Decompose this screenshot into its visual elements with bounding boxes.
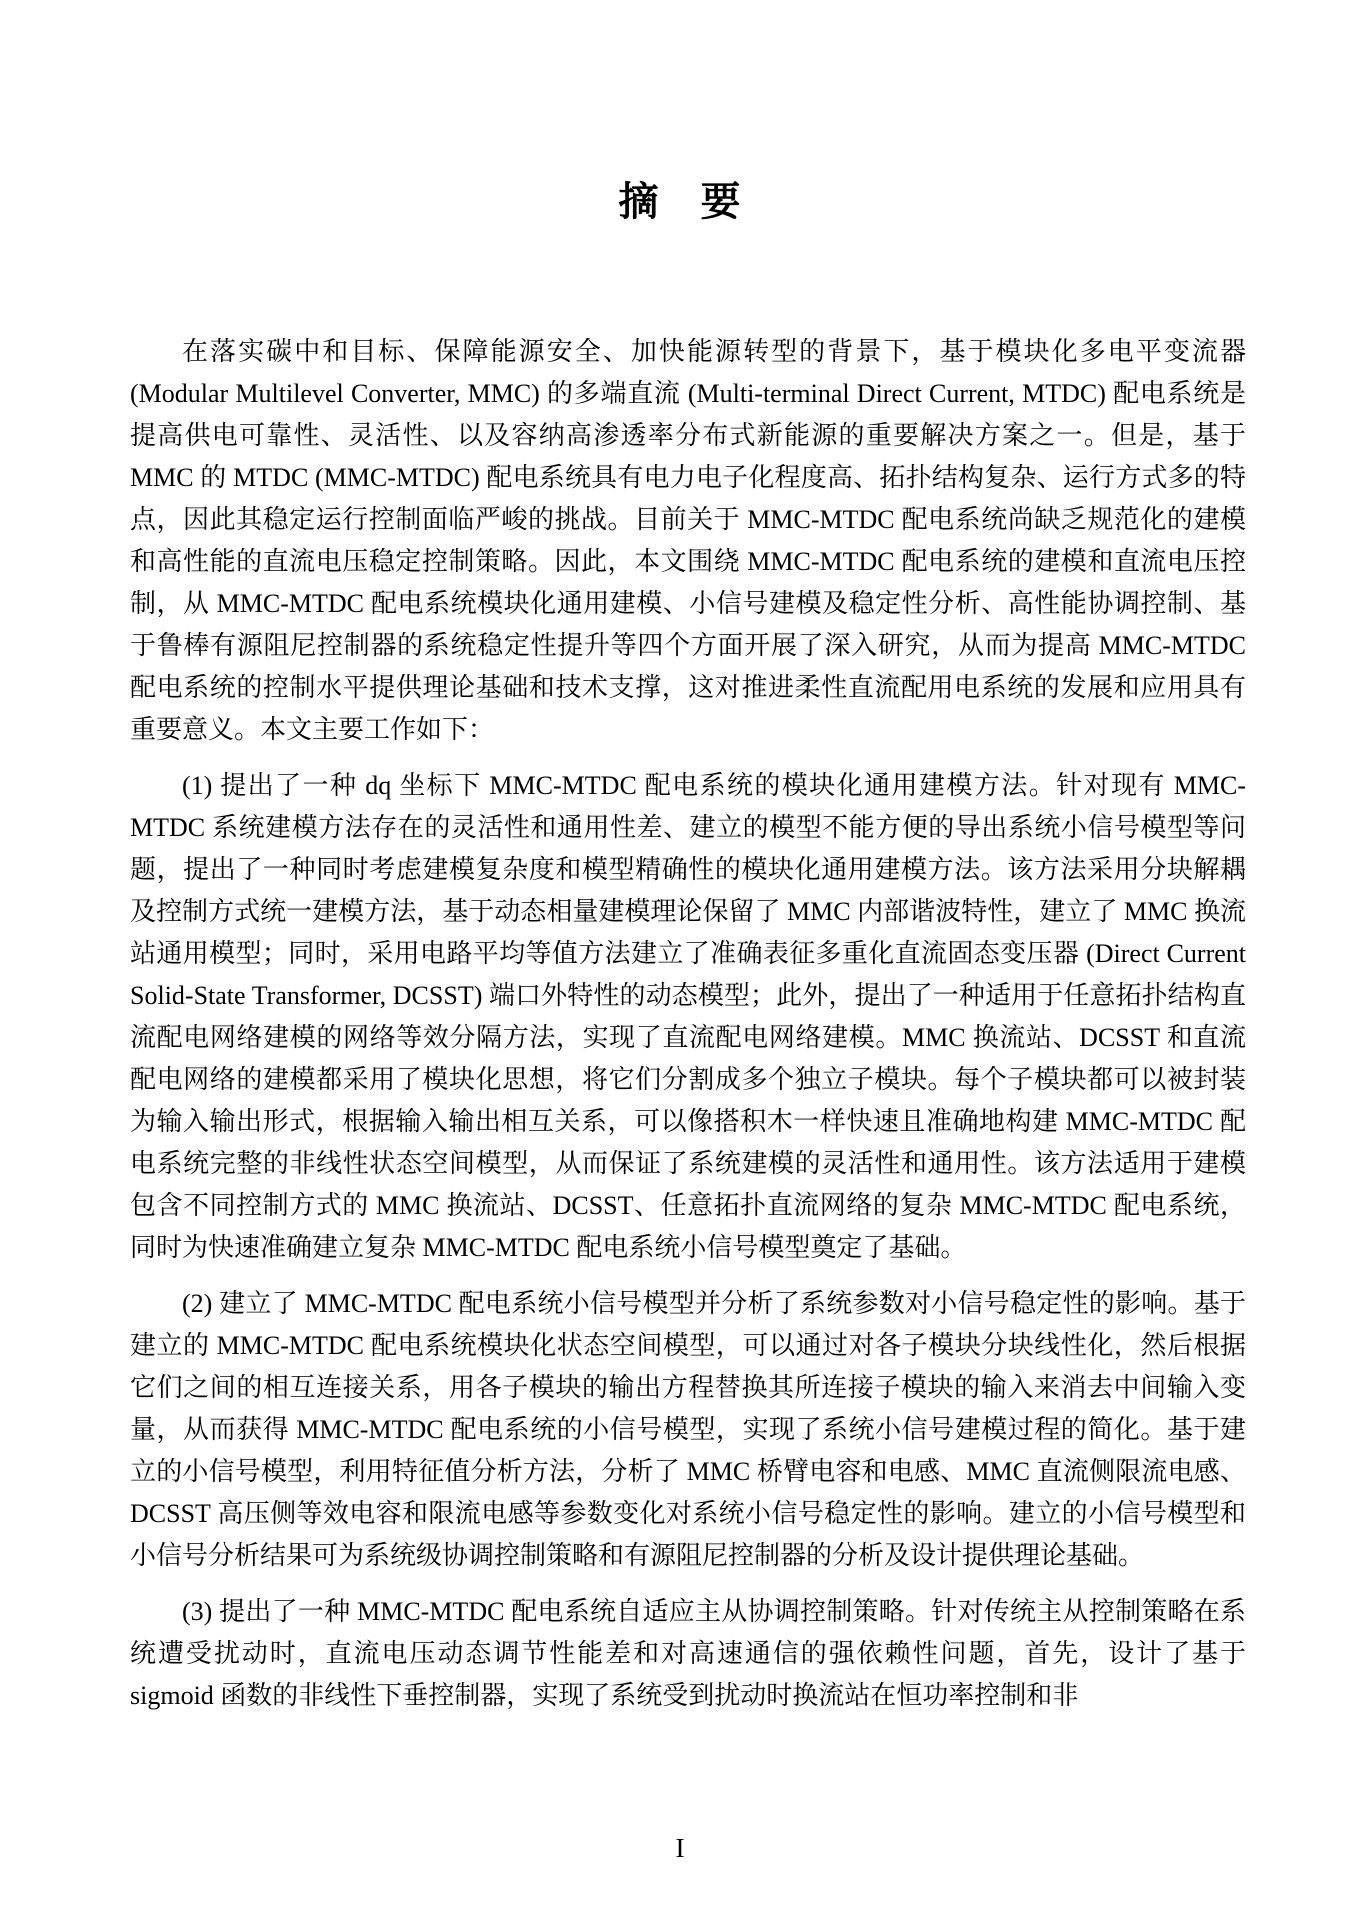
page-title: 摘 要: [0, 178, 1360, 226]
page-number: I: [0, 1832, 1360, 1864]
abstract-page: 摘 要 在落实碳中和目标、保障能源安全、加快能源转型的背景下，基于模块化多电平变…: [0, 0, 1360, 1924]
abstract-paragraph-intro: 在落实碳中和目标、保障能源安全、加快能源转型的背景下，基于模块化多电平变流器 (…: [130, 331, 1246, 751]
abstract-paragraph-contribution-3: (3) 提出了一种 MMC-MTDC 配电系统自适应主从协调控制策略。针对传统主…: [130, 1591, 1246, 1717]
abstract-paragraph-contribution-2: (2) 建立了 MMC-MTDC 配电系统小信号模型并分析了系统参数对小信号稳定…: [130, 1283, 1246, 1577]
abstract-body: 在落实碳中和目标、保障能源安全、加快能源转型的背景下，基于模块化多电平变流器 (…: [130, 331, 1246, 1731]
abstract-paragraph-contribution-1: (1) 提出了一种 dq 坐标下 MMC-MTDC 配电系统的模块化通用建模方法…: [130, 765, 1246, 1269]
